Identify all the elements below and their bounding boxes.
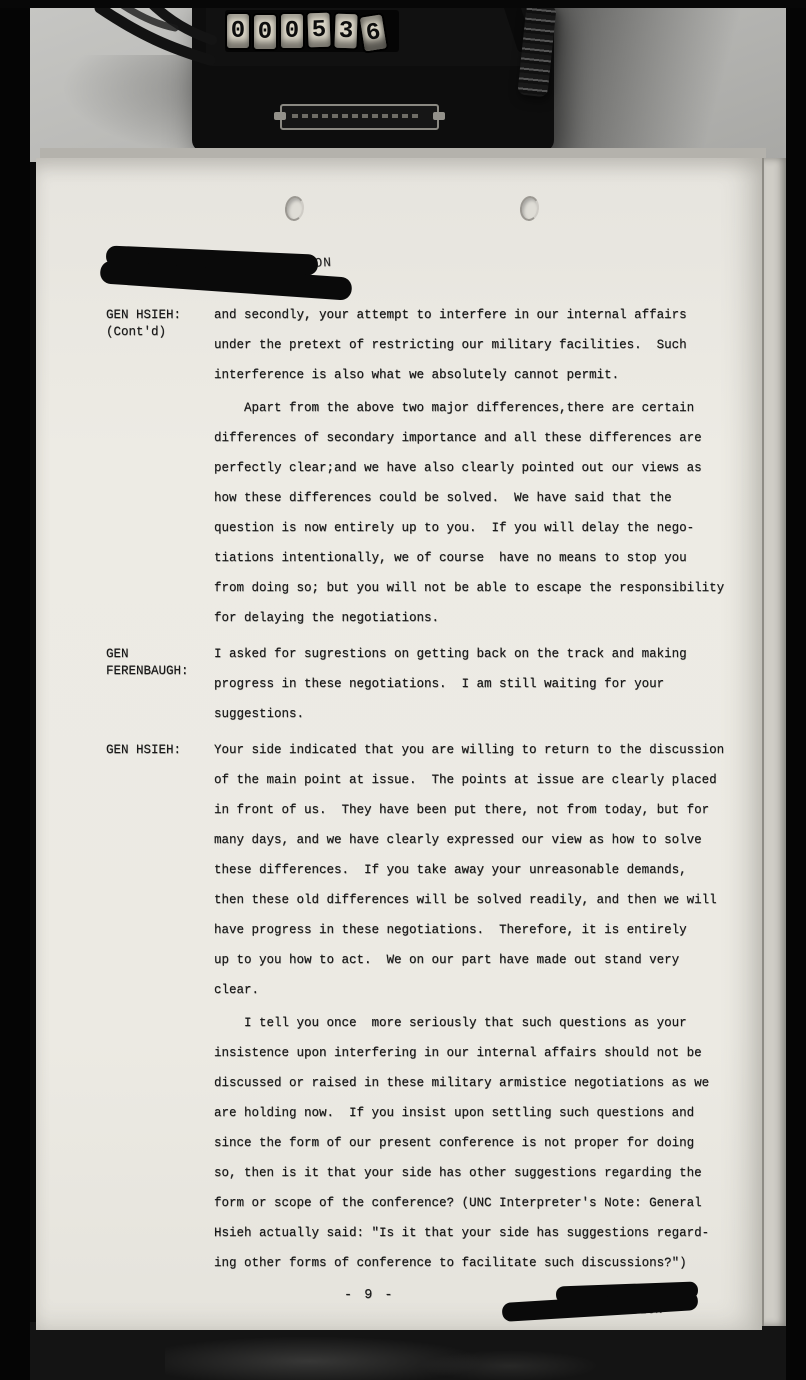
speech-text: I asked for sugrestions on getting back …	[214, 639, 739, 732]
typewritten-line: these differences. If you take away your…	[214, 855, 739, 885]
typewritten-line: up to you how to act. We on our part hav…	[214, 945, 739, 975]
speech-text: and secondly, your attempt to interfere …	[214, 300, 739, 636]
typewritten-line: clear.	[214, 975, 739, 1005]
counter-digit: 3	[334, 14, 357, 49]
counter-digit: 5	[307, 13, 330, 48]
typewritten-line: Hsieh actually said: "Is it that your si…	[214, 1218, 739, 1248]
speaker-label-line: FERENBAUGH:	[106, 663, 214, 680]
typewritten-line: discussed or raised in these military ar…	[214, 1068, 739, 1098]
typewritten-line: from doing so; but you will not be able …	[214, 573, 739, 603]
film-frame-border-right	[786, 0, 806, 1380]
typewritten-line: progress in these negotiations. I am sti…	[214, 669, 739, 699]
typewritten-line: I tell you once more seriously that such…	[214, 1008, 739, 1038]
speech-paragraph: I tell you once more seriously that such…	[214, 1008, 739, 1278]
manufacturer-plate	[280, 104, 439, 130]
film-frame-border-top	[0, 0, 806, 8]
speaker-label-line: GEN HSIEH:	[106, 307, 214, 324]
speaker-label: GENFERENBAUGH:	[106, 639, 214, 732]
typewritten-line: since the form of our present conference…	[214, 1128, 739, 1158]
typewritten-line: then these old differences will be solve…	[214, 885, 739, 915]
typewritten-line: many days, and we have clearly expressed…	[214, 825, 739, 855]
speech-paragraph: Your side indicated that you are willing…	[214, 735, 739, 1005]
typewritten-line: ing other forms of conference to facilit…	[214, 1248, 739, 1278]
classification-stamp-bottom: INFORMATION	[502, 1284, 712, 1326]
classification-stamp-top: ATION	[100, 248, 370, 298]
typewritten-line: how these differences could be solved. W…	[214, 483, 739, 513]
device-shadow	[540, 6, 788, 162]
film-frame-border-left	[0, 0, 30, 1380]
typewritten-line: perfectly clear;and we have also clearly…	[214, 453, 739, 483]
typewritten-line: interference is also what we absolutely …	[214, 360, 739, 390]
page-stack-edge	[762, 158, 788, 1326]
typewritten-line: insistence upon interfering in our inter…	[214, 1038, 739, 1068]
typewritten-line: I asked for sugrestions on getting back …	[214, 639, 739, 669]
typewritten-line: for delaying the negotiations.	[214, 603, 739, 633]
speech-text: Your side indicated that you are willing…	[214, 735, 739, 1281]
dialogue-entry: GENFERENBAUGH:I asked for sugrestions on…	[106, 639, 746, 732]
dialogue-entry: GEN HSIEH:Your side indicated that you a…	[106, 735, 746, 1281]
speaker-label-line: GEN HSIEH:	[106, 742, 214, 759]
plate-screw	[433, 112, 445, 120]
speaker-label: GEN HSIEH:	[106, 735, 214, 1281]
typewritten-line: form or scope of the conference? (UNC In…	[214, 1188, 739, 1218]
typewritten-line: question is now entirely up to you. If y…	[214, 513, 739, 543]
typewritten-line: have progress in these negotiations. The…	[214, 915, 739, 945]
typewritten-line: tiations intentionally, we of course hav…	[214, 543, 739, 573]
speech-paragraph: and secondly, your attempt to interfere …	[214, 300, 739, 390]
typewritten-line: Apart from the above two major differenc…	[214, 393, 739, 423]
counter-cables	[60, 0, 300, 150]
typewritten-line: of the main point at issue. The points a…	[214, 765, 739, 795]
speech-paragraph: Apart from the above two major differenc…	[214, 393, 739, 633]
typewritten-line: differences of secondary importance and …	[214, 423, 739, 453]
dialogue-entry: GEN HSIEH:(Cont'd)and secondly, your att…	[106, 300, 746, 636]
typewritten-line: are holding now. If you insist upon sett…	[214, 1098, 739, 1128]
typewritten-line: in front of us. They have been put there…	[214, 795, 739, 825]
speaker-label-line: (Cont'd)	[106, 324, 214, 341]
microfilm-frame: 000536 ATION GEN HSIEH:(Cont'd)and secon…	[0, 0, 806, 1380]
typewritten-line: so, then is it that your side has other …	[214, 1158, 739, 1188]
speech-paragraph: I asked for sugrestions on getting back …	[214, 639, 739, 729]
speaker-label-line: GEN	[106, 646, 214, 663]
typewritten-line: suggestions.	[214, 699, 739, 729]
typewritten-line: Your side indicated that you are willing…	[214, 735, 739, 765]
counter-digit: 6	[360, 14, 387, 51]
speaker-label: GEN HSIEH:(Cont'd)	[106, 300, 214, 636]
typewritten-line: under the pretext of restricting our mil…	[214, 330, 739, 360]
page-number: - 9 -	[344, 1288, 395, 1303]
transcript-dialogue: GEN HSIEH:(Cont'd)and secondly, your att…	[106, 300, 746, 1284]
typewritten-line: and secondly, your attempt to interfere …	[214, 300, 739, 330]
plate-engraving	[292, 114, 422, 118]
background-smudge	[420, 1350, 600, 1380]
